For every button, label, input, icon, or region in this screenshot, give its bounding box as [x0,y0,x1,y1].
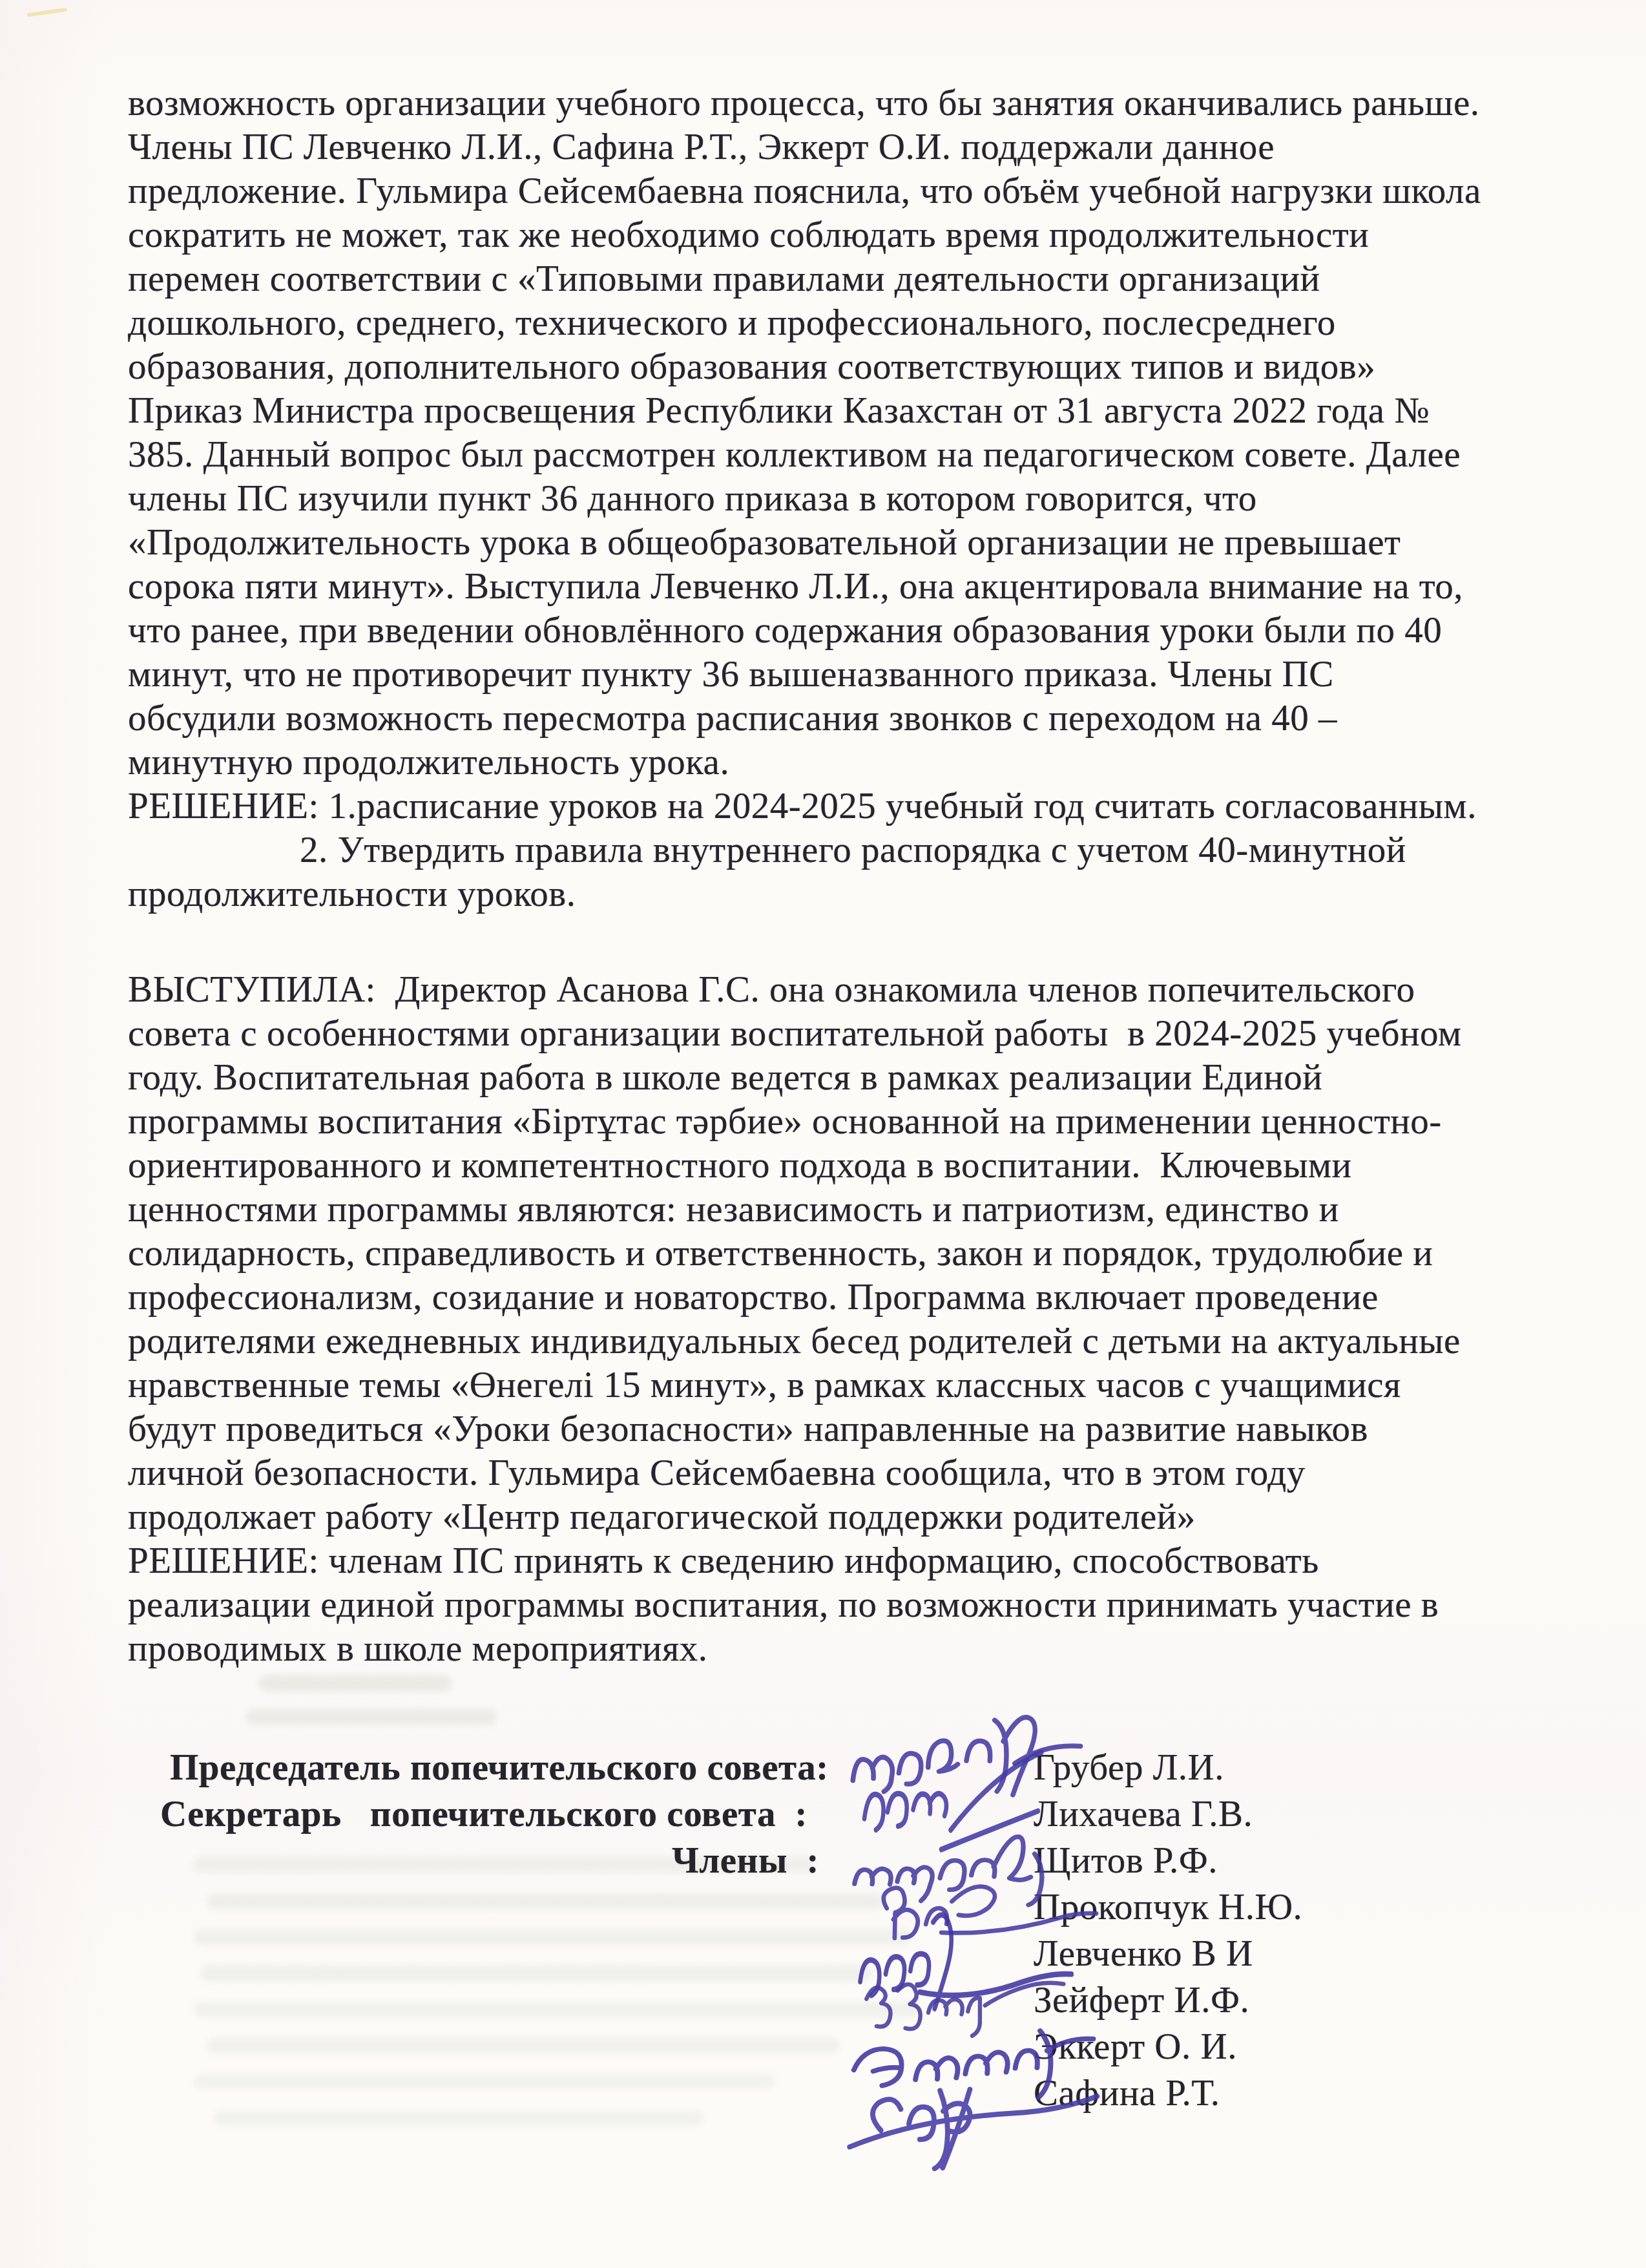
document-line: сорока пяти минут». Выступила Левченко Л… [128,565,1481,609]
signature-row: Зейферт И.Ф. [0,1977,1646,2024]
signatory-name: Эккерт О. И. [1034,2024,1237,2070]
document-line: члены ПС изучили пункт 36 данного приказ… [128,477,1481,521]
document-line: Члены ПС Левченко Л.И., Сафина Р.Т., Экк… [128,125,1481,169]
signature-row: Левченко В И [0,1931,1646,1977]
document-line: проводимых в школе мероприятиях. [128,1627,1462,1671]
document-line: программы воспитания «Біртұтас тәрбие» о… [128,1100,1462,1144]
document-line: солидарность, справедливость и ответстве… [128,1232,1462,1276]
document-line: Приказ Министра просвещения Республики К… [128,389,1481,433]
document-line: что ранее, при введении обновлённого сод… [128,609,1481,653]
document-line: минут, что не противоречит пункту 36 выш… [128,653,1481,697]
speech-section: ВЫСТУПИЛА: Директор Асанова Г.С. она озн… [128,968,1462,1671]
signatory-name: Левченко В И [1034,1931,1253,1977]
document-line: ценностями программы являются: независим… [128,1188,1462,1232]
resolution-section: возможность организации учебного процесс… [128,81,1481,916]
signatory-name: Сафина Р.Т. [1034,2070,1220,2117]
document-line: сократить не может, так же необходимо со… [128,213,1481,257]
scanned-page: возможность организации учебного процесс… [0,0,1646,2268]
document-line: РЕШЕНИЕ: 1.расписание уроков на 2024-202… [128,784,1481,828]
signatory-name: Зейферт И.Ф. [1034,1977,1249,2024]
document-line: нравственные темы «Өнегелі 15 минут», в … [128,1363,1462,1407]
signature-row: Члены : Щитов Р.Ф. [0,1838,1646,1884]
signature-role-label: Члены : [672,1838,819,1884]
document-line: родителями ежедневных индивидуальных бес… [128,1319,1462,1363]
document-line: будут проведиться «Уроки безопасности» н… [128,1407,1462,1451]
document-line: личной безопасности. Гульмира Сейсембаев… [128,1451,1462,1495]
signature-row: Эккерт О. И. [0,2024,1646,2070]
document-line: РЕШЕНИЕ: членам ПС принять к сведению ин… [128,1539,1462,1583]
document-line: реализации единой программы воспитания, … [128,1583,1462,1627]
document-line: 2. Утвердить правила внутреннего распоря… [128,828,1481,872]
signature-role-label: Председатель попечительского совета: [170,1745,829,1791]
signature-row: Сафина Р.Т. [0,2070,1646,2117]
document-line: дошкольного, среднего, технического и пр… [128,301,1481,345]
document-line: возможность организации учебного процесс… [128,81,1481,125]
document-line: 385. Данный вопрос был рассмотрен коллек… [128,433,1481,477]
document-line: продолжительности уроков. [128,872,1481,916]
document-line: минутную продолжительность урока. [128,740,1481,784]
document-line: предложение. Гульмира Сейсембаевна поясн… [128,169,1481,213]
signatory-name: Лихачева Г.В. [1034,1791,1253,1838]
signature-row: Председатель попечительского совета: Гру… [0,1745,1646,1791]
scan-artifact-yellow [27,8,67,17]
document-line: ориентированного и компетентностного под… [128,1144,1462,1188]
document-line: обсудили возможность пересмотра расписан… [128,697,1481,740]
document-line: профессионализм, созидание и новаторство… [128,1276,1462,1319]
signature-row: Прокопчук Н.Ю. [0,1884,1646,1931]
document-line: продолжает работу «Центр педагогической … [128,1495,1462,1539]
signature-role-label: Секретарь попечительского совета : [160,1791,807,1838]
document-line: году. Воспитательная работа в школе веде… [128,1056,1462,1100]
signatory-name: Щитов Р.Ф. [1034,1838,1218,1884]
document-line: «Продолжительность урока в общеобразоват… [128,521,1481,565]
document-line: образования, дополнительного образования… [128,345,1481,389]
document-line: перемен соответствии с «Типовыми правила… [128,257,1481,301]
document-line: совета с особенностями организации воспи… [128,1012,1462,1056]
signatory-name: Прокопчук Н.Ю. [1034,1884,1302,1931]
document-line: ВЫСТУПИЛА: Директор Асанова Г.С. она озн… [128,968,1462,1012]
signature-row: Секретарь попечительского совета : Лихач… [0,1791,1646,1838]
signatory-name: Грубер Л.И. [1034,1745,1224,1791]
